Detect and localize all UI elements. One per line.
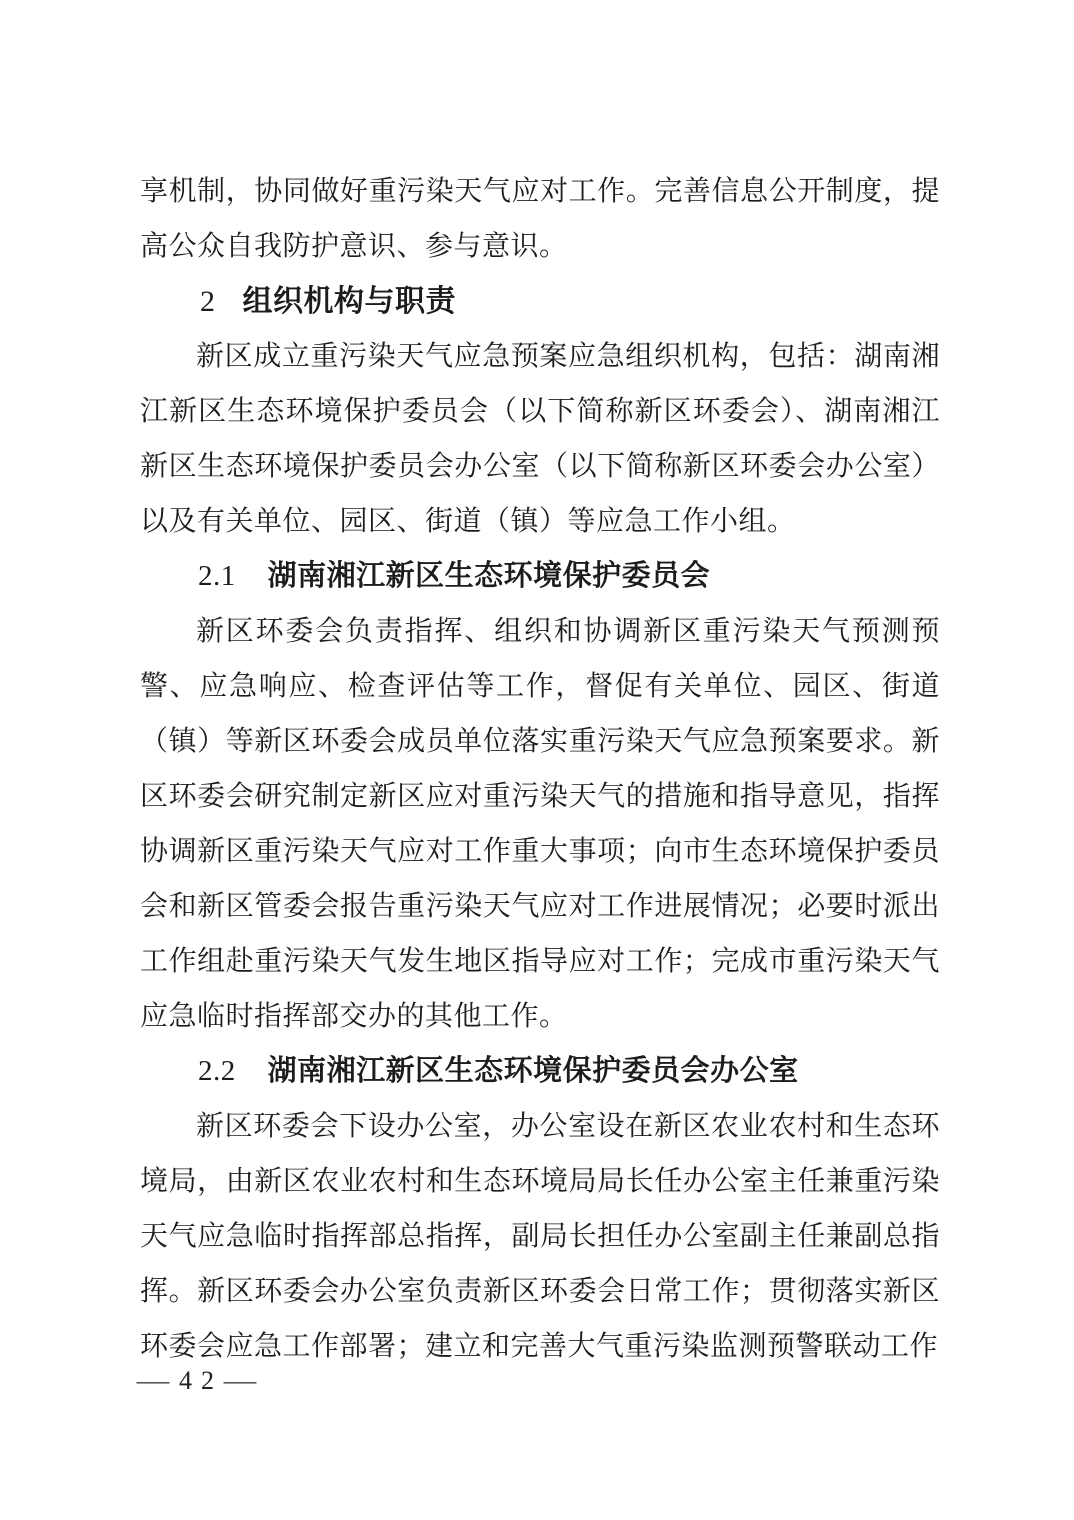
section-heading-2-1: 2.1湖南湘江新区生态环境保护委员会 bbox=[140, 549, 940, 604]
section-heading-2: 2组织机构与职责 bbox=[140, 274, 940, 329]
heading-title: 组织机构与职责 bbox=[243, 285, 457, 318]
section-heading-2-2: 2.2湖南湘江新区生态环境保护委员会办公室 bbox=[140, 1044, 940, 1099]
document-body: 享机制，协同做好重污染天气应对工作。完善信息公开制度，提高公众自我防护意识、参与… bbox=[140, 164, 940, 1374]
paragraph-continuation: 享机制，协同做好重污染天气应对工作。完善信息公开制度，提高公众自我防护意识、参与… bbox=[140, 164, 940, 274]
heading-number: 2 bbox=[200, 285, 216, 318]
heading-number: 2.2 bbox=[198, 1055, 236, 1087]
heading-title: 湖南湘江新区生态环境保护委员会办公室 bbox=[268, 1055, 799, 1087]
document-page: 享机制，协同做好重污染天气应对工作。完善信息公开制度，提高公众自我防护意识、参与… bbox=[0, 0, 1074, 1520]
paragraph-org-structure: 新区成立重污染天气应急预案应急组织机构，包括：湖南湘江新区生态环境保护委员会（以… bbox=[140, 329, 940, 549]
paragraph-committee-duties: 新区环委会负责指挥、组织和协调新区重污染天气预测预警、应急响应、检查评估等工作，… bbox=[140, 604, 940, 1044]
heading-title: 湖南湘江新区生态环境保护委员会 bbox=[268, 560, 711, 592]
heading-number: 2.1 bbox=[198, 560, 236, 592]
footer-page-number: 42 bbox=[179, 1368, 223, 1394]
footer-dash-right: — bbox=[224, 1368, 257, 1394]
footer-dash-left: — bbox=[137, 1368, 170, 1394]
paragraph-office-duties: 新区环委会下设办公室，办公室设在新区农业农村和生态环境局，由新区农业农村和生态环… bbox=[140, 1099, 940, 1374]
